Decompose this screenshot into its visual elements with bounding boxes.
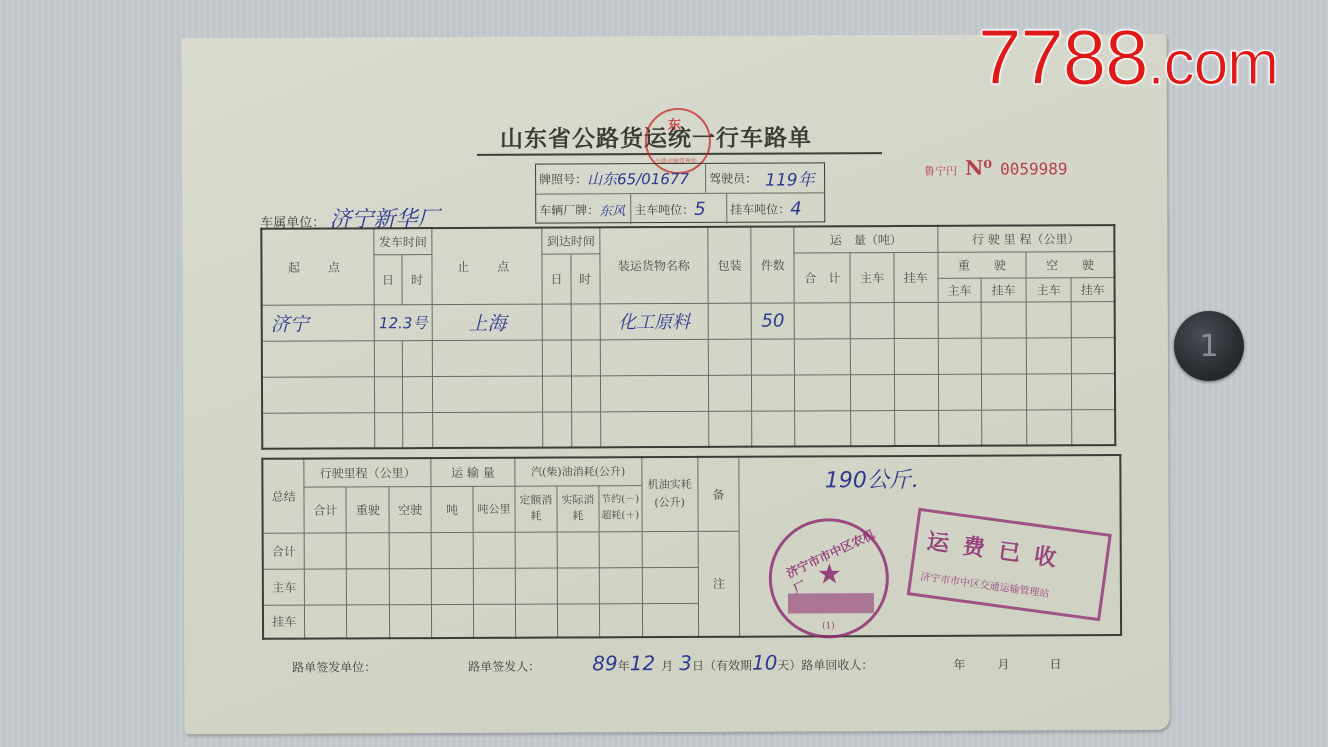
row-label-total: 合计 — [263, 533, 305, 569]
cell-arrive-day — [543, 375, 571, 411]
cell-pieces — [752, 410, 795, 446]
star-icon: ★ — [817, 557, 842, 590]
cell-empty — [795, 374, 851, 410]
cell-depart-hour — [403, 412, 433, 448]
cell-empty — [794, 302, 850, 338]
validity-label: 天）路单回收人： — [777, 656, 873, 673]
cell-empty — [795, 410, 851, 446]
header-pieces: 件数 — [751, 226, 794, 302]
header-summary: 总结 — [262, 459, 304, 533]
cell-empty — [938, 302, 981, 338]
header-origin: 起 点 — [261, 228, 374, 304]
cell-cargo — [600, 375, 709, 411]
serial-prefix: 鲁宁円 — [924, 163, 957, 179]
vehicle-info-box: 牌照号： 山东65/01677 驾驶员： 119年 车辆厂牌： 东风 主车吨位：… — [535, 162, 825, 223]
driver-value: 119年 — [765, 165, 815, 190]
brand-field: 车辆厂牌： 东风 — [536, 194, 631, 224]
cell-empty — [1072, 409, 1115, 445]
cell-arrive-hour — [571, 411, 600, 447]
cell-depart-day — [374, 340, 402, 376]
cell-empty — [851, 374, 894, 410]
header-mileage-loaded: 重驶 — [346, 486, 389, 532]
header-actual: 实际消耗 — [557, 485, 599, 531]
header-ton-km: 吨公里 — [473, 486, 515, 532]
cell-destination — [433, 376, 544, 412]
cell-packing — [709, 411, 752, 447]
cell-arrive-day — [543, 339, 571, 375]
cell-arrive-day — [543, 411, 571, 447]
table-row — [262, 373, 1115, 413]
remark-value: 190公斤． — [825, 463, 933, 494]
header-cargo-name: 装运货物名称 — [599, 227, 708, 303]
header-depart-hour: 时 — [402, 254, 432, 304]
header-empty: 空 驶 — [1026, 251, 1115, 277]
cell-origin — [262, 340, 375, 376]
cell-empty — [1072, 337, 1115, 373]
cell-pieces — [752, 374, 795, 410]
header-volume: 运 量（吨） — [794, 226, 938, 253]
year-label: 年 — [618, 657, 630, 674]
header-destination: 止 点 — [432, 228, 543, 304]
header-engine-oil: 机油实耗(公升) — [641, 457, 697, 531]
header-fuel: 汽(柴)油消耗(公升) — [515, 457, 642, 486]
header-loaded: 重 驶 — [938, 251, 1026, 277]
cell-empty — [938, 410, 981, 446]
cell-empty — [981, 373, 1026, 409]
stamp-big-text: 运费已收 — [925, 524, 1072, 574]
plate-value: 山东65/01677 — [587, 168, 689, 189]
cell-depart-day: 12.3号 — [374, 304, 432, 340]
seal-top-char: 东 — [668, 114, 681, 133]
header-mileage-empty: 空驶 — [389, 486, 431, 532]
trailer-tonnage-label: 挂车吨位： — [730, 200, 790, 217]
cell-depart-hour — [402, 376, 432, 412]
main-tonnage-field: 主车吨位： 5 — [631, 194, 727, 224]
month-value: 12 — [630, 651, 656, 675]
table-row — [262, 337, 1115, 377]
cell-cargo: 化工原料 — [600, 303, 709, 339]
cell-pieces — [751, 338, 794, 374]
header-empty-trailer: 挂车 — [1071, 277, 1114, 301]
cell-depart-day — [374, 376, 402, 412]
issuer-label: 路单签发人： — [468, 658, 540, 675]
cell-empty — [1026, 301, 1071, 337]
purple-round-stamp: 济宁市市中区农机厂 ★ (1) — [769, 518, 890, 639]
header-transport: 运 输 量 — [431, 458, 515, 486]
trip-table: 起 点 发车时间 止 点 到达时间 装运货物名称 包装 件数 运 量（吨） 行 … — [260, 224, 1116, 450]
cell-empty — [851, 302, 894, 338]
header-depart-day: 日 — [374, 254, 402, 304]
cell-empty — [938, 374, 981, 410]
trailer-tonnage-value: 4 — [790, 198, 802, 219]
cell-packing — [708, 375, 751, 411]
header-quota: 定额消耗 — [515, 486, 557, 532]
coin-icon: 1 — [1174, 311, 1244, 381]
cell-origin: 济宁 — [262, 304, 375, 340]
cell-packing — [708, 339, 751, 375]
cell-packing — [708, 303, 751, 339]
footer-signature-line: 路单签发单位： 路单签发人： 89 年 12 月 3 日（有效期 10 天）路单… — [292, 649, 1112, 677]
return-day-label: 日 — [1049, 655, 1061, 672]
cell-origin — [262, 412, 375, 448]
header-mileage: 行驶里程（公里） — [304, 458, 431, 487]
stamp-band — [788, 593, 874, 613]
header-save-over: 节约(－)超耗(＋) — [599, 485, 642, 531]
table-row: 济宁 12.3号 上海 化工原料 50 — [262, 301, 1115, 341]
cell-origin — [262, 376, 375, 412]
watermark-logo: 7788.com — [978, 12, 1278, 103]
header-depart-time: 发车时间 — [374, 228, 432, 254]
brand-label: 车辆厂牌： — [539, 201, 599, 218]
watermark-number: 7788 — [978, 13, 1148, 101]
cell-empty — [1027, 373, 1072, 409]
row-label-trailer: 挂车 — [263, 605, 305, 639]
waybill-paper: 山东省公路货运统一行车路单 东 公路运输管理处 牌照号： 山东65/01677 … — [181, 34, 1169, 734]
cell-empty — [1071, 301, 1114, 337]
cell-destination: 上海 — [432, 304, 543, 340]
cell-empty — [851, 410, 894, 446]
cell-empty — [795, 338, 851, 374]
cell-empty — [851, 338, 894, 374]
main-tonnage-value: 5 — [694, 198, 706, 219]
cell-empty — [981, 337, 1026, 373]
month-label: 月 — [661, 657, 673, 674]
cell-cargo — [600, 411, 709, 447]
header-mileage-total: 合计 — [304, 486, 346, 532]
cell-arrive-hour — [571, 375, 600, 411]
cell-empty — [981, 301, 1026, 337]
stamp-small-text: 济宁市市中区交通运输管理站 — [920, 568, 1051, 600]
plate-field: 牌照号： 山东65/01677 — [536, 164, 706, 194]
cell-empty — [894, 410, 938, 446]
return-month-label: 月 — [997, 656, 1009, 673]
table-row — [262, 409, 1115, 449]
cell-empty — [894, 302, 938, 338]
serial-no-label: N⁰ — [965, 156, 992, 180]
cell-empty — [894, 338, 938, 374]
year-value: 89 — [592, 651, 618, 675]
cell-empty — [894, 374, 938, 410]
header-loaded-trailer: 挂车 — [981, 277, 1026, 301]
header-ton: 吨 — [431, 486, 473, 532]
serial-number: 鲁宁円 N⁰ 0059989 — [924, 155, 1068, 180]
validity-value: 10 — [752, 651, 778, 675]
cell-destination — [432, 340, 543, 376]
stamp-code: (1) — [822, 621, 835, 631]
serial-value: 0059989 — [1000, 159, 1068, 178]
return-year-label: 年 — [953, 656, 965, 673]
header-arrive-day: 日 — [542, 253, 570, 303]
cell-empty — [1072, 373, 1115, 409]
watermark-suffix: .com — [1148, 29, 1278, 98]
cell-destination — [433, 412, 544, 448]
day-label: 日（有效期 — [692, 657, 752, 674]
cell-empty — [982, 409, 1027, 445]
header-loaded-main: 主车 — [938, 278, 981, 302]
header-volume-total: 合 计 — [794, 252, 850, 302]
cell-depart-hour — [402, 340, 432, 376]
driver-label: 驾驶员： — [709, 170, 757, 187]
cell-empty — [938, 338, 981, 374]
cell-pieces: 50 — [751, 302, 794, 338]
plate-label: 牌照号： — [539, 170, 587, 187]
header-packing: 包装 — [708, 227, 751, 303]
cell-empty — [1026, 337, 1071, 373]
header-mileage: 行 驶 里 程（公里） — [938, 225, 1115, 252]
row-label-main: 主车 — [263, 569, 305, 605]
driver-field: 驾驶员： 119年 — [706, 163, 824, 193]
cell-arrive-hour — [571, 303, 600, 339]
cell-arrive-day — [543, 303, 571, 339]
cell-empty — [1027, 409, 1072, 445]
brand-value: 东风 — [599, 200, 625, 219]
trailer-tonnage-field: 挂车吨位： 4 — [727, 193, 824, 223]
header-remark-top: 备 — [697, 457, 739, 531]
cell-depart-day — [375, 412, 403, 448]
cell-cargo — [600, 339, 709, 375]
header-volume-main: 主车 — [850, 252, 893, 302]
issuer-unit-label: 路单签发单位： — [292, 658, 376, 675]
cell-arrive-hour — [571, 339, 600, 375]
header-empty-main: 主车 — [1026, 277, 1071, 301]
header-arrive-time: 到达时间 — [542, 227, 599, 253]
main-tonnage-label: 主车吨位： — [634, 200, 694, 217]
header-remark-bottom: 注 — [698, 531, 740, 637]
header-arrive-hour: 时 — [570, 253, 599, 303]
coin-denomination: 1 — [1199, 329, 1218, 364]
header-volume-trailer: 挂车 — [894, 252, 938, 302]
day-value: 3 — [679, 651, 692, 675]
